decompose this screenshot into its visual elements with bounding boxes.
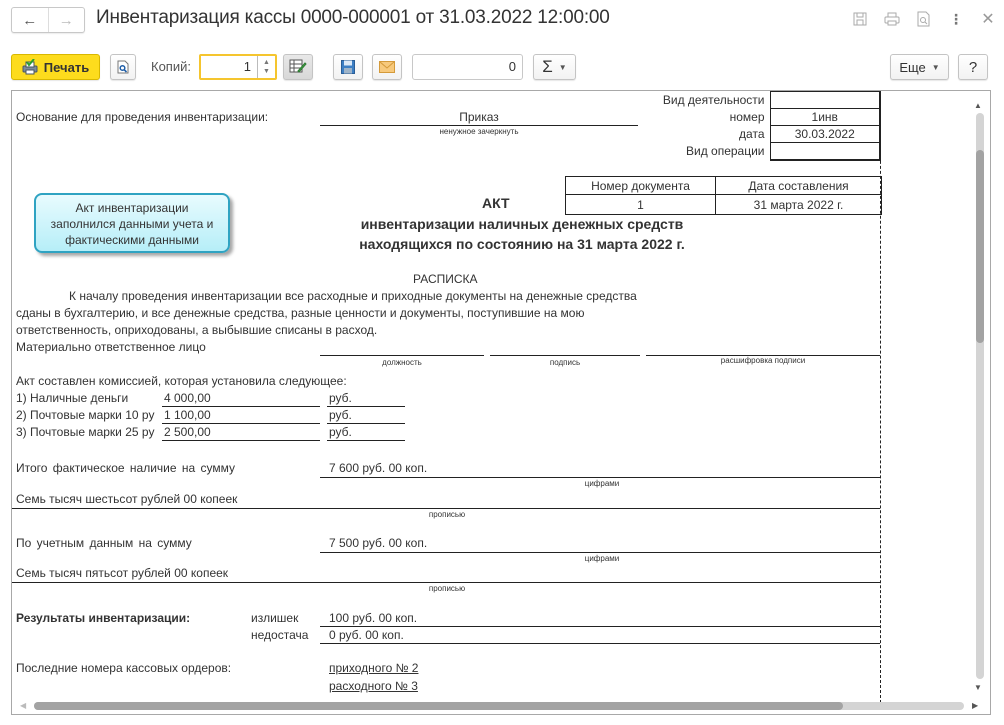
horizontal-scrollbar[interactable] <box>34 702 964 710</box>
book-total-value: 7 500 руб. 00 коп. <box>329 536 427 550</box>
basis-label: Основание для проведения инвентаризации: <box>16 110 268 124</box>
save-button[interactable] <box>333 54 363 80</box>
scroll-up-icon[interactable]: ▲ <box>974 101 982 110</box>
shortage-label: недостача <box>251 628 308 642</box>
order-row: номер 1инв <box>612 109 880 126</box>
preview-icon[interactable] <box>908 6 940 32</box>
book-total-words: Семь тысяч пятьсот рублей 00 копеек <box>16 566 228 580</box>
nav-buttons: ← → <box>11 7 85 33</box>
envelope-icon <box>379 61 395 73</box>
surplus-label: излишек <box>251 611 298 625</box>
words-hint: прописью <box>377 510 517 519</box>
doc-number-value: 1 <box>566 195 716 215</box>
order-row-label: Вид деятельности <box>612 92 770 109</box>
shortage-line <box>320 643 880 644</box>
order-row: Вид деятельности <box>612 92 880 109</box>
act-subtitle-2: находящихся по состоянию на 31 марта 202… <box>252 236 792 252</box>
expense-order-link[interactable]: расходного № 3 <box>329 679 418 693</box>
copies-label: Копий: <box>151 59 191 74</box>
book-total-line <box>320 552 880 553</box>
print-label: Печать <box>44 60 89 75</box>
more-button[interactable]: Еще ▼ <box>890 54 949 80</box>
actual-total-label: Итого фактическое наличие на сумму <box>16 461 235 475</box>
signature-line <box>490 355 640 356</box>
more-label: Еще <box>899 60 925 75</box>
position-hint: должность <box>320 358 484 367</box>
print-button[interactable]: Печать <box>11 54 100 80</box>
receipt-order-link[interactable]: приходного № 2 <box>329 661 418 675</box>
basis-underline <box>320 125 638 126</box>
book-total-label: По учетным данным на сумму <box>16 536 192 550</box>
copies-input[interactable]: 1 ▲▼ <box>199 54 277 80</box>
vertical-scroll-thumb[interactable] <box>976 150 984 342</box>
doc-table-header: Номер документа <box>566 177 716 195</box>
item-unit: руб. <box>329 425 352 439</box>
receipt-text-line-3: ответственность, оприходованы, а выбывши… <box>16 323 377 337</box>
callout-note: Акт инвентаризации заполнился данными уч… <box>34 193 230 253</box>
email-button[interactable] <box>372 54 402 80</box>
item-unit: руб. <box>329 408 352 422</box>
window-title: Инвентаризация кассы 0000-000001 от 31.0… <box>96 7 610 29</box>
order-row-value <box>770 92 880 109</box>
save-icon[interactable] <box>844 6 876 32</box>
order-row: дата 30.03.2022 <box>612 126 880 143</box>
order-row: Вид операции <box>612 143 880 160</box>
item-unit-line <box>327 423 405 424</box>
receipt-text-line-1: К началу проведения инвентаризации все р… <box>69 289 637 303</box>
window-controls: ⋮ ✕ <box>844 6 1004 32</box>
arrow-left-icon: ← <box>22 12 37 29</box>
order-row-value: 30.03.2022 <box>770 126 880 143</box>
surplus-line <box>320 626 880 627</box>
scroll-down-icon[interactable]: ▼ <box>974 683 982 692</box>
item-amount: 2 500,00 <box>164 425 211 439</box>
responsible-label: Материально ответственное лицо <box>16 340 206 354</box>
shortage-value: 0 руб. 00 коп. <box>329 628 404 642</box>
printer-icon <box>22 59 38 75</box>
actual-total-line <box>320 477 880 478</box>
edit-table-icon <box>289 59 307 75</box>
item-amount-line <box>162 440 320 441</box>
signature-hint: подпись <box>490 358 640 367</box>
surplus-value: 100 руб. 00 коп. <box>329 611 417 625</box>
sigma-icon: Σ <box>542 57 553 77</box>
floppy-icon <box>341 60 355 74</box>
item-label: 2) Почтовые марки 10 ру <box>16 408 162 422</box>
digits-hint: цифрами <box>532 479 672 488</box>
item-amount-line <box>162 423 320 424</box>
item-amount-line <box>162 406 320 407</box>
caret-down-icon: ▼ <box>559 63 567 72</box>
doc-number-table: Номер документа Дата составления 1 31 ма… <box>565 176 882 215</box>
caret-down-icon: ▼ <box>932 63 940 72</box>
order-row-label: Вид операции <box>612 143 770 160</box>
vertical-scrollbar[interactable] <box>976 113 984 679</box>
doc-table-header: Дата составления <box>716 177 882 195</box>
order-block-table: Вид деятельности номер 1инв дата 30.03.2… <box>612 91 881 161</box>
book-words-line <box>12 582 880 583</box>
copies-spinner[interactable]: ▲▼ <box>257 56 275 78</box>
spin-down-icon[interactable]: ▼ <box>263 67 270 76</box>
order-row-value: 1инв <box>770 109 880 126</box>
doc-table-header-row: Номер документа Дата составления <box>566 177 882 195</box>
copies-value[interactable]: 1 <box>201 56 257 78</box>
callout-line: заполнился данными учета и <box>36 216 228 232</box>
order-row-label: дата <box>612 126 770 143</box>
document-view[interactable]: Основание для проведения инвентаризации:… <box>11 90 991 715</box>
preview-icon <box>117 60 129 74</box>
receipt-text-line-2: сданы в бухгалтерию, и все денежные сред… <box>16 306 584 320</box>
close-icon[interactable]: ✕ <box>972 6 1004 32</box>
spin-up-icon[interactable]: ▲ <box>263 58 270 67</box>
help-button[interactable]: ? <box>958 54 988 80</box>
document-sheet: Основание для проведения инвентаризации:… <box>12 91 972 701</box>
scroll-left-icon[interactable]: ◀ <box>20 701 26 710</box>
basis-hint: ненужное зачеркнуть <box>320 127 638 136</box>
commission-label: Акт составлен комиссией, которая установ… <box>16 374 347 388</box>
toolbar: Печать Копий: 1 ▲▼ 0 Σ ▼ Еще ▼ ? <box>0 54 1004 80</box>
item-label: 3) Почтовые марки 25 ру <box>16 425 162 439</box>
order-row-value <box>770 143 880 160</box>
results-label: Результаты инвентаризации: <box>16 611 190 625</box>
words-hint: прописью <box>377 584 517 593</box>
actual-words-line <box>12 508 880 509</box>
sum-button[interactable]: Σ ▼ <box>533 54 576 80</box>
forward-button[interactable]: → <box>48 8 85 32</box>
preview-button[interactable] <box>110 54 136 80</box>
scroll-right-icon[interactable]: ▶ <box>972 701 978 710</box>
doc-table-row: 1 31 марта 2022 г. <box>566 195 882 215</box>
item-amount: 4 000,00 <box>164 391 211 405</box>
act-subtitle-1: инвентаризации наличных денежных средств <box>252 216 792 232</box>
back-button[interactable]: ← <box>12 8 48 32</box>
receipt-title: РАСПИСКА <box>413 272 478 286</box>
arrow-right-icon: → <box>59 12 74 29</box>
last-orders-label: Последние номера кассовых ордеров: <box>16 661 231 675</box>
callout-line: Акт инвентаризации <box>36 200 228 216</box>
basis-value: Приказ <box>320 110 638 124</box>
item-label: 1) Наличные деньги <box>16 391 162 405</box>
horizontal-scroll-thumb[interactable] <box>34 702 843 710</box>
sum-field[interactable]: 0 <box>412 54 523 80</box>
item-amount: 1 100,00 <box>164 408 211 422</box>
doc-date-value: 31 марта 2022 г. <box>716 195 882 215</box>
order-row-label: номер <box>612 109 770 126</box>
callout-line: фактическими данными <box>36 232 228 248</box>
more-vertical-icon[interactable]: ⋮ <box>940 6 972 32</box>
print-icon[interactable] <box>876 6 908 32</box>
item-unit: руб. <box>329 391 352 405</box>
digits-hint: цифрами <box>532 554 672 563</box>
actual-total-words: Семь тысяч шестьсот рублей 00 копеек <box>16 492 237 506</box>
actual-total-value: 7 600 руб. 00 коп. <box>329 461 427 475</box>
signature-decode-hint: расшифровка подписи <box>646 356 880 365</box>
edit-mode-button[interactable] <box>283 54 313 80</box>
act-title: АКТ <box>482 195 510 211</box>
item-unit-line <box>327 440 405 441</box>
item-unit-line <box>327 406 405 407</box>
position-line <box>320 355 484 356</box>
